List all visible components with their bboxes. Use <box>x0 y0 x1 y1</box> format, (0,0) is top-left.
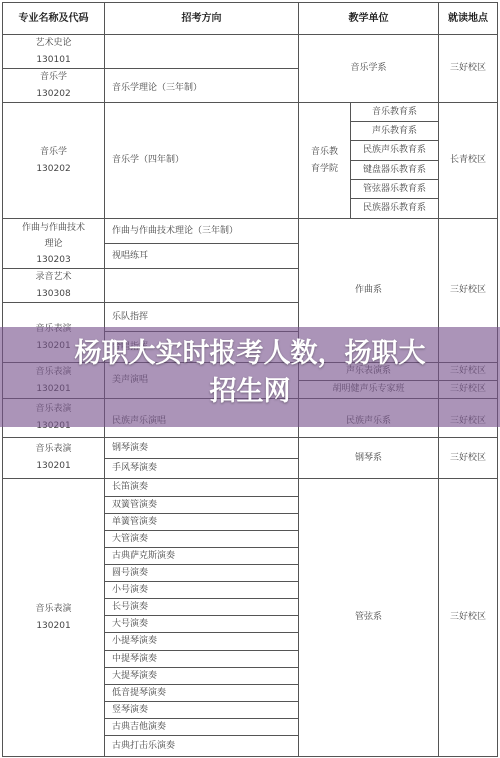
direction-cell <box>104 268 299 303</box>
direction-text: 大提琴演奏 <box>112 668 157 685</box>
unit-text: 作曲系 <box>355 282 382 299</box>
campus-text: 三好校区 <box>450 282 486 299</box>
subunit-cell: 民族器乐教育系 <box>350 198 439 219</box>
campus-cell: 长青校区 <box>438 102 498 219</box>
header-campus: 就读地点 <box>438 2 498 35</box>
direction-text: 小号演奏 <box>112 582 148 599</box>
subunit-cell: 管弦器乐教育系 <box>350 179 439 199</box>
direction-text: 古典打击乐演奏 <box>112 738 175 755</box>
direction-text: 大管演奏 <box>112 531 148 548</box>
header-unit: 教学单位 <box>298 2 439 35</box>
direction-cell: 古典打击乐演奏 <box>104 735 299 757</box>
unit-text: 钢琴系 <box>355 450 382 467</box>
subunit-text: 管弦器乐教育系 <box>363 181 426 198</box>
direction-cell: 音乐学（四年制） <box>104 102 299 219</box>
unit-text: 管弦系 <box>355 609 382 626</box>
major-name: 录音艺术 <box>35 269 71 286</box>
major-cell: 音乐学 130202 <box>2 102 105 219</box>
unit-cell: 音乐学系 <box>298 34 439 103</box>
subunit-cell: 键盘器乐教育系 <box>350 160 439 180</box>
direction-text: 钢琴演奏 <box>112 440 148 457</box>
major-cell: 音乐表演 130201 <box>2 478 105 757</box>
unit-cell: 音乐教 育学院 <box>298 102 351 219</box>
unit-text: 音乐学系 <box>350 60 386 77</box>
campus-cell: 三好校区 <box>438 437 498 479</box>
major-code: 130201 <box>36 458 70 475</box>
header-direction-label: 招考方向 <box>182 10 222 27</box>
direction-cell: 竖琴演奏 <box>104 701 299 719</box>
header-campus-label: 就读地点 <box>448 10 488 27</box>
direction-text: 单簧管演奏 <box>112 514 157 531</box>
campus-cell: 三好校区 <box>438 34 498 103</box>
direction-text: 音乐学理论（三年制） <box>112 80 202 97</box>
major-name: 作曲与作曲技术 <box>22 220 85 236</box>
direction-text: 古典吉他演奏 <box>112 719 166 736</box>
subunit-text: 民族器乐教育系 <box>363 200 426 217</box>
subunit-text: 音乐教育系 <box>372 104 417 121</box>
direction-text: 乐队指挥 <box>112 309 148 326</box>
major-cell: 音乐学 130202 <box>2 68 105 103</box>
major-code: 130101 <box>36 52 70 69</box>
direction-cell: 音乐学理论（三年制） <box>104 68 299 103</box>
direction-cell: 圆号演奏 <box>104 564 299 582</box>
major-name: 音乐表演 <box>35 441 71 458</box>
direction-cell: 双簧管演奏 <box>104 496 299 514</box>
unit-cell: 管弦系 <box>298 478 439 757</box>
direction-cell: 小提琴演奏 <box>104 632 299 651</box>
direction-cell: 长笛演奏 <box>104 478 299 497</box>
title-line-2: 招生网 <box>0 373 500 411</box>
direction-text: 圆号演奏 <box>112 565 148 582</box>
direction-text: 手风琴演奏 <box>112 460 157 477</box>
major-code: 130201 <box>36 618 70 635</box>
campus-text: 三好校区 <box>450 60 486 77</box>
direction-text: 竖琴演奏 <box>112 702 148 719</box>
major-name: 艺术史论 <box>35 35 71 52</box>
direction-cell: 低音提琴演奏 <box>104 684 299 702</box>
header-unit-label: 教学单位 <box>349 10 389 27</box>
header-major: 专业名称及代码 <box>2 2 105 35</box>
header-major-label: 专业名称及代码 <box>19 10 89 27</box>
major-name: 音乐学 <box>40 69 67 86</box>
direction-text: 长笛演奏 <box>112 479 148 496</box>
direction-cell: 古典萨克斯演奏 <box>104 547 299 565</box>
major-name: 理论 <box>44 236 62 252</box>
major-code: 130203 <box>36 252 70 268</box>
direction-cell: 单簧管演奏 <box>104 513 299 531</box>
direction-text: 古典萨克斯演奏 <box>112 548 175 565</box>
direction-cell: 视唱练耳 <box>104 243 299 269</box>
campus-text: 三好校区 <box>450 450 486 467</box>
campus-text: 长青校区 <box>450 152 486 169</box>
direction-text: 双簧管演奏 <box>112 497 157 514</box>
unit-cell: 钢琴系 <box>298 437 439 479</box>
direction-text: 低音提琴演奏 <box>112 685 166 702</box>
major-name: 音乐学 <box>40 144 67 161</box>
title-line-1: 杨职大实时报考人数，扬职大 <box>0 335 500 373</box>
direction-cell: 钢琴演奏 <box>104 437 299 459</box>
direction-cell: 大号演奏 <box>104 615 299 633</box>
subunit-cell: 声乐教育系 <box>350 121 439 141</box>
direction-text: 音乐学（四年制） <box>112 152 184 169</box>
major-cell: 艺术史论 130101 <box>2 34 105 69</box>
direction-cell: 大管演奏 <box>104 530 299 548</box>
direction-cell: 手风琴演奏 <box>104 458 299 479</box>
direction-text: 小提琴演奏 <box>112 633 157 650</box>
unit-text: 音乐教 <box>311 144 338 161</box>
major-cell: 作曲与作曲技术 理论 130203 <box>2 218 105 269</box>
direction-text: 长号演奏 <box>112 599 148 616</box>
title-banner: 杨职大实时报考人数，扬职大 招生网 <box>0 335 500 411</box>
unit-text: 育学院 <box>311 161 338 178</box>
campus-text: 三好校区 <box>450 609 486 626</box>
major-code: 130202 <box>36 161 70 178</box>
major-cell: 录音艺术 130308 <box>2 268 105 303</box>
direction-cell: 小号演奏 <box>104 581 299 599</box>
direction-cell: 大提琴演奏 <box>104 667 299 685</box>
direction-text: 作曲与作曲技术理论（三年制） <box>112 223 238 240</box>
major-name: 音乐表演 <box>35 601 71 618</box>
subunit-cell: 音乐教育系 <box>350 102 439 122</box>
direction-text: 中提琴演奏 <box>112 651 157 668</box>
direction-cell: 中提琴演奏 <box>104 650 299 668</box>
direction-text: 视唱练耳 <box>112 248 148 265</box>
direction-cell: 古典吉他演奏 <box>104 718 299 736</box>
direction-cell <box>104 34 299 69</box>
subunit-cell: 民族声乐教育系 <box>350 140 439 161</box>
direction-cell: 作曲与作曲技术理论（三年制） <box>104 218 299 244</box>
major-code: 130308 <box>36 286 70 303</box>
header-direction: 招考方向 <box>104 2 299 35</box>
subunit-text: 民族声乐教育系 <box>363 142 426 159</box>
major-code: 130202 <box>36 86 70 103</box>
subunit-text: 声乐教育系 <box>372 123 417 140</box>
direction-cell: 长号演奏 <box>104 598 299 616</box>
direction-text: 大号演奏 <box>112 616 148 633</box>
campus-cell: 三好校区 <box>438 478 498 757</box>
major-cell: 音乐表演 130201 <box>2 437 105 479</box>
subunit-text: 键盘器乐教育系 <box>363 162 426 179</box>
